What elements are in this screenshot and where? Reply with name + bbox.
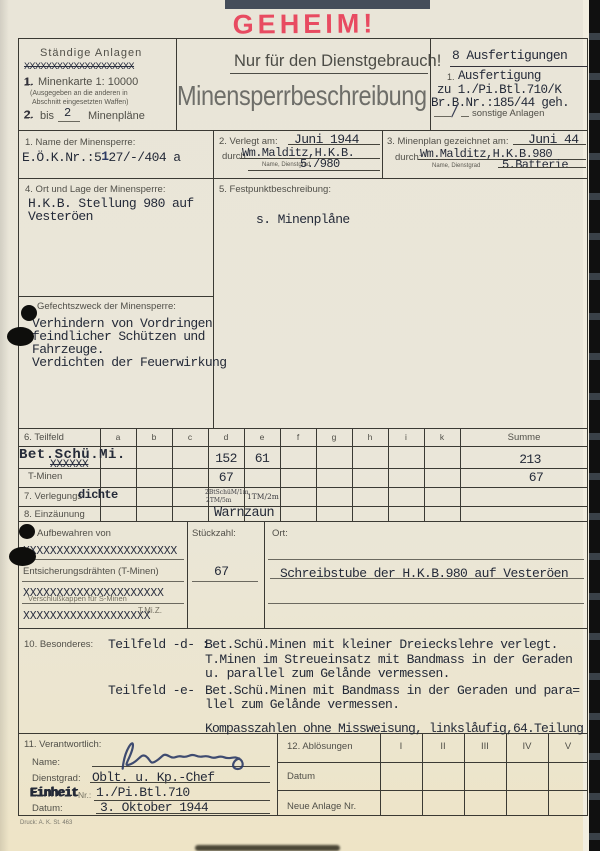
cell-tmine-summe: 67 — [472, 470, 600, 485]
entry-line — [90, 782, 270, 783]
item2-number: 2. — [24, 109, 33, 121]
entry-line — [96, 813, 270, 814]
table6-header-h: h — [352, 432, 388, 442]
cell-tmine-d: 67 — [208, 470, 244, 485]
field9-row4-struck: XXXXXXXXXXXXXXXXXXX — [23, 610, 150, 623]
cell-dichte-e: 1TM/2m — [247, 492, 279, 501]
field11-name-label: Name: — [32, 757, 60, 768]
form-line — [277, 733, 278, 816]
table6-header-summe: Summe — [460, 432, 588, 443]
copy-number-printed: 1. — [447, 72, 455, 82]
entry-line — [268, 559, 584, 560]
scan-right-band — [589, 0, 600, 851]
field3-unit: 5.Batterie — [502, 158, 568, 172]
field1-value: E.Ö.K.Nr.:5127/-/404 a — [22, 150, 180, 165]
copies-count: 8 Ausfertigungen — [452, 48, 567, 63]
field11-einheit-typed: Einheit — [30, 786, 78, 800]
field12-label: 12. Ablösungen — [287, 741, 353, 752]
field9-row3-struck: XXXXXXXXXXXXXXXXXXXXX — [23, 587, 164, 600]
entry-line — [248, 170, 380, 171]
field12-col-5: V — [548, 741, 588, 752]
field12-col-3: III — [464, 741, 506, 752]
entry-line — [498, 167, 586, 168]
form-line — [18, 628, 588, 629]
field10-d-line2: T.Minen im Streueinsatz mit Bandmass in … — [205, 652, 572, 667]
form-line — [18, 468, 588, 469]
field11-einheit-printed: Nr.: — [78, 790, 91, 800]
entry-line — [288, 144, 380, 145]
field10-e-line2: llel zum Gelånde vermessen. — [205, 697, 399, 712]
field5-label: 5. Festpunktbeschreibung: — [219, 184, 331, 195]
notice-underline — [230, 73, 428, 74]
form-line — [18, 178, 588, 179]
entry-line — [22, 559, 184, 560]
form-line — [277, 790, 588, 791]
field4a-label: Gefechtszweck der Minensperre: — [37, 301, 176, 312]
blank-line — [461, 116, 469, 117]
field5-value: s. Minenplåne — [256, 212, 350, 227]
form-line — [277, 762, 588, 763]
field4-label: 4. Ort und Lage der Minensperre: — [25, 184, 165, 195]
item1-label: Minenkarte 1: 10000 — [38, 76, 138, 88]
field1-label: 1. Name der Minensperre: — [25, 137, 135, 148]
ink-blot — [19, 524, 35, 539]
copy-recipient: zu 1./Pi.Btl.710/K — [437, 83, 561, 97]
field4a-line4: Verdichten der Feuerwirkung — [32, 355, 226, 370]
scan-left-shadow — [0, 0, 9, 851]
cell-dichte-d-line1: 2BtSchüM/1m — [205, 489, 249, 496]
table6-header-g: g — [316, 432, 352, 442]
field4-line2: Vesteröen — [28, 209, 93, 224]
table6-header-i: i — [388, 432, 424, 442]
scan-top-band — [225, 0, 430, 9]
field11-datum-label: Datum: — [32, 803, 63, 814]
field12-col-2: II — [422, 741, 464, 752]
field10-teilfeld-d: Teilfeld -d- : — [108, 637, 209, 652]
dienstgebrauch-notice: Nur für den Dienstgebrauch! — [234, 52, 441, 71]
item1-note-1: (Ausgegeben an die anderen in — [30, 90, 128, 97]
cell-einzaeunung-value: Warnzaun — [208, 506, 280, 521]
field1-inserted-digit: 1 — [101, 149, 108, 164]
field12-row-datum: Datum — [287, 771, 315, 782]
table6-header-teilfeld: 6. Teilfeld — [24, 432, 64, 443]
entry-line — [192, 581, 258, 582]
form-line — [213, 130, 214, 428]
field10-e-line1: Bet.Schü.Minen mit Bandmass in der Gerad… — [205, 683, 579, 698]
blank-line — [58, 121, 80, 122]
field12-col-4: IV — [506, 741, 548, 752]
row-dichte-typed: dichte — [78, 488, 118, 502]
item1-note-2: Abschnitt eingesetzten Waffen) — [32, 99, 129, 106]
field11-grad-label: Dienstgrad: — [32, 773, 81, 784]
field10-teilfeld-e: Teilfeld -e- — [108, 683, 194, 698]
field10-d-line1: Bet.Schü.Minen mit kleiner Dreieckslehre… — [205, 637, 558, 652]
entry-line — [268, 603, 584, 604]
copies-underline — [450, 66, 588, 67]
field3-durch-label: durch: — [395, 152, 421, 163]
field9-row2-label: Entsicherungsdrähten (T-Minen) — [23, 566, 159, 577]
struck-out-row: XXXXXXXXXXXXXXXXXXXX — [24, 62, 134, 73]
field12-col-1: I — [380, 741, 422, 752]
blank-line — [434, 116, 451, 117]
entry-line — [22, 603, 184, 604]
row-dichte-label: 7. Verlegungs — [24, 491, 82, 502]
field9-row2-count: 67 — [214, 564, 228, 579]
field3-hint: Name, Dienstgrad — [432, 163, 480, 169]
item1-number: 1. — [24, 76, 33, 88]
table6-header-c: c — [172, 432, 208, 442]
ink-blot — [7, 327, 34, 346]
cell-smine-e: 61 — [244, 451, 280, 466]
row-einzaeunung-label: 8. Einzäunung — [24, 509, 85, 520]
row-tmine-label: T-Minen — [28, 471, 62, 482]
field10-d-line3: u. parallel zum Gelånde vermessen. — [205, 666, 450, 681]
entry-line — [513, 144, 586, 145]
signature — [111, 727, 273, 781]
field2-unit: 5./980 — [300, 157, 340, 171]
form-line — [18, 506, 588, 507]
scan-bottom-smudge — [195, 845, 340, 851]
form-line — [18, 130, 588, 131]
item2-count-typed: 2 — [64, 106, 71, 120]
entry-line — [22, 581, 184, 582]
cell-dichte-d-line2: 2TM/5m — [206, 497, 232, 504]
table6-header-e: e — [244, 432, 280, 442]
standige-anlagen-title: Ständige Anlagen — [40, 47, 142, 59]
field11-label: 11. Verantwortlich: — [24, 739, 101, 750]
table6-header-a: a — [100, 432, 136, 442]
table6-header-f: f — [280, 432, 316, 442]
form-line — [187, 521, 188, 628]
scanned-form-page: GEHEIM! Ständige Anlagen XXXXXXXXXXXXXXX… — [0, 0, 600, 851]
form-line — [382, 130, 383, 178]
form-line — [18, 521, 588, 522]
field9-label: Aufbewahren von — [37, 528, 111, 539]
cell-smine-d: 152 — [208, 451, 244, 466]
form-line — [18, 428, 588, 429]
cell-smine-summe: 213 — [466, 452, 594, 467]
entry-line — [270, 578, 584, 579]
field9-ort-label: Ort: — [272, 528, 288, 539]
form-title: Minensperrbeschreibung — [177, 80, 427, 112]
form-line — [264, 521, 265, 628]
field11-einheit-value: 1./Pi.Btl.710 — [96, 785, 190, 800]
item2-bis: bis — [40, 110, 54, 122]
field1-value-b: 27/-/404 a — [108, 150, 180, 165]
print-imprint: Druck: A. K. St. 463 — [20, 820, 72, 826]
field1-value-a: E.Ö.K.Nr.:5 — [22, 150, 101, 165]
field10-label: 10. Besonderes: — [24, 639, 93, 650]
field12-row-neue-anlage: Neue Anlage Nr. — [287, 801, 356, 812]
ink-blot — [9, 547, 36, 566]
sonstige-anlagen-label: sonstige Anlagen — [472, 108, 544, 119]
table6-header-k: k — [424, 432, 460, 442]
ink-blot — [21, 305, 37, 321]
field9-row1-struck: XXXXXXXXXXXXXXXXXXXXXXX — [23, 545, 177, 558]
field9-stueckzahl-label: Stückzahl: — [192, 528, 236, 539]
table6-header-b: b — [136, 432, 172, 442]
row-smine-struck: XXXXXX — [50, 459, 88, 471]
item2-label: Minenpläne — [88, 110, 145, 122]
geheim-stamp: GEHEIM! — [212, 8, 397, 41]
field3-label: 3. Minenplan gezeichnet am: — [387, 136, 508, 147]
form-line — [18, 296, 213, 297]
copy-word-typed: Ausfertigung — [458, 69, 541, 83]
table6-header-d: d — [208, 432, 244, 442]
